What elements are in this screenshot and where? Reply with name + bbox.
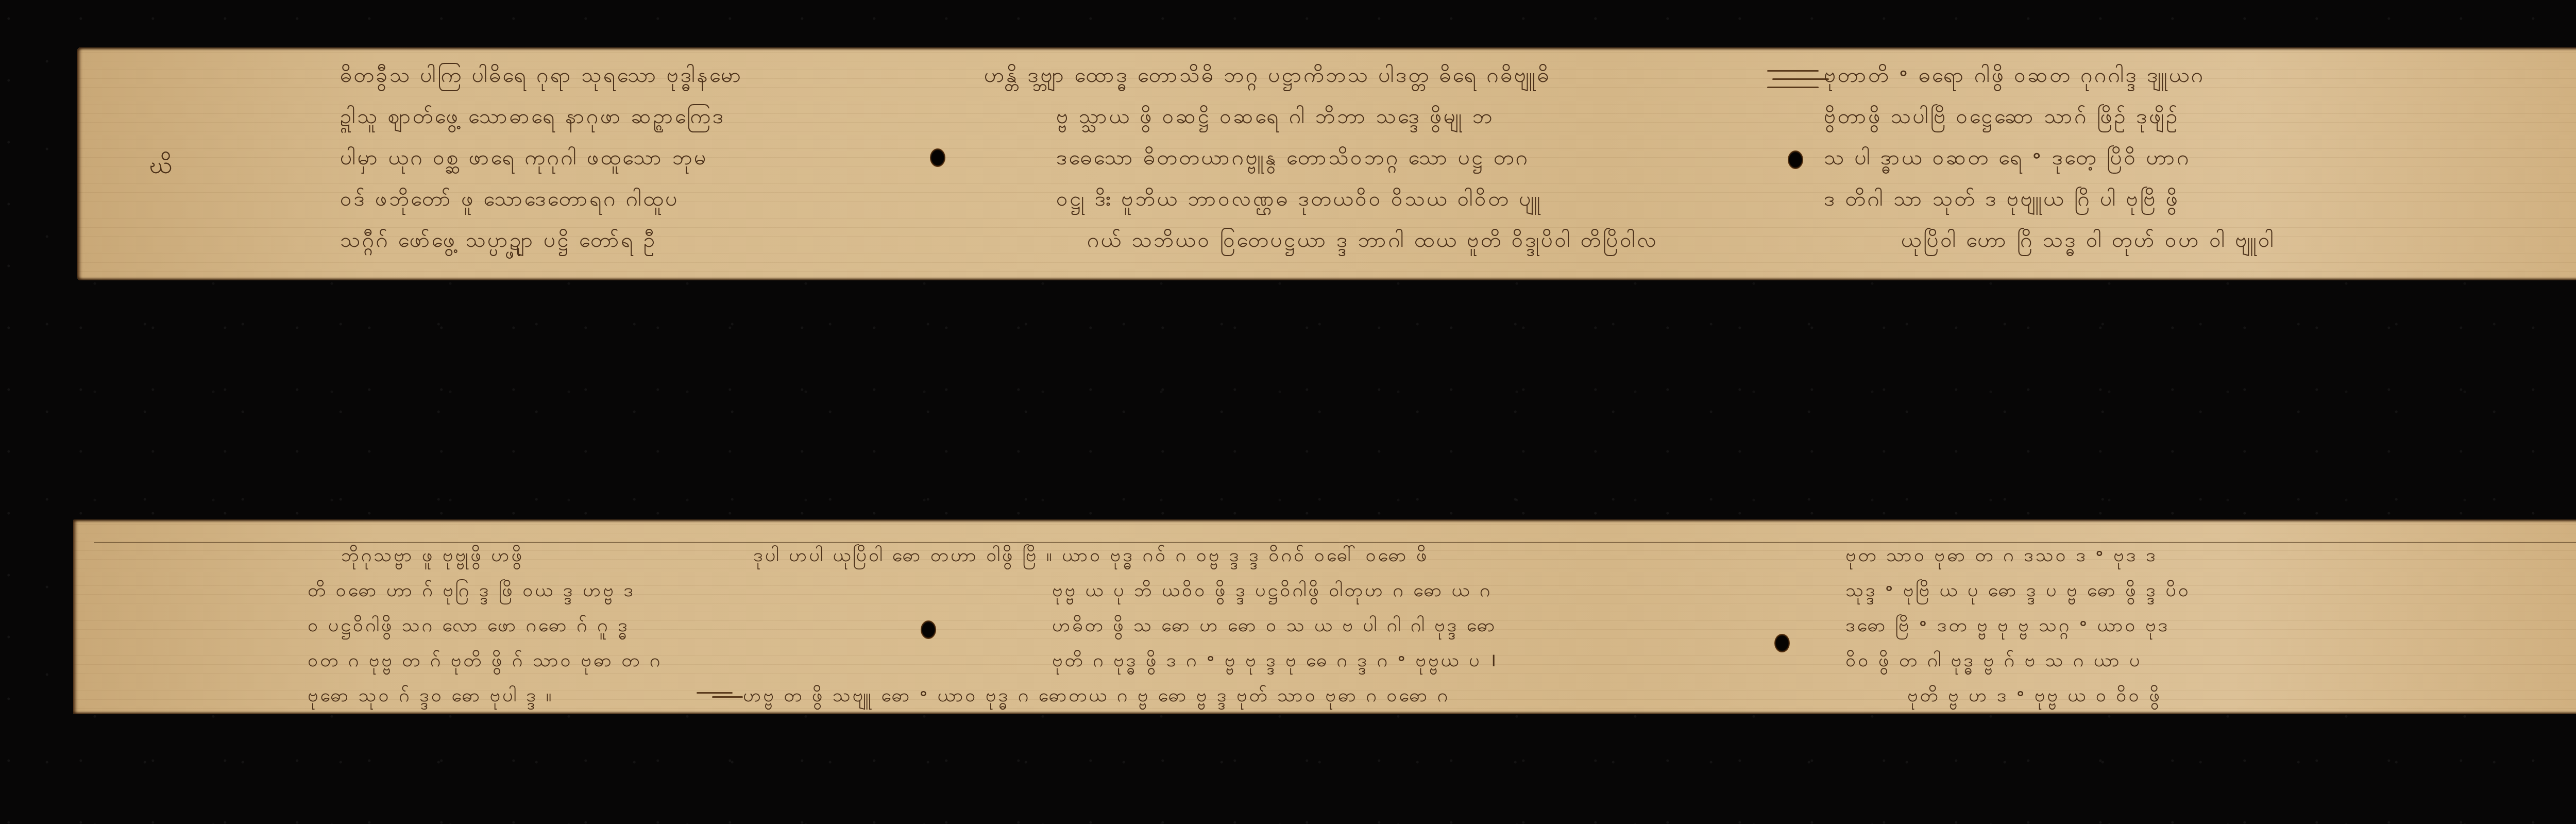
folio-number: ဃိ [149, 150, 173, 185]
text-line-bottom-center: ဂယ် သဘိယဝ ဝြတေပဋ္ဌယာ ဒ္ဒ ဘာဂါ ထယ ဗူတိ ဝိ… [1087, 220, 1911, 261]
text-block-right: ဗုတ သာဝ ဗုဓာ တ ဂ ဒသဝ ဒ ॰ ဗုဒ ဒ သုဒ္ဒ ॰ ဗ… [1845, 538, 2361, 678]
text-block-center-inner: ဗ္ဗ သ္သာယ ဖွိ ဝဆဋ္ဌိ ဝဆရေ ဂါ ဘိဘာ သဒ္ဒေ … [1056, 96, 1726, 220]
section-mark [697, 692, 733, 694]
text-line: ဝဒ် ဖဘိုတော် ဖူ သောဒေတောရဂ ဂါထူပ [340, 178, 1061, 220]
text-line: ဟန္တိ ဒဗ္ဘျာ ထောဒ္ဓ တောသိဓိ ဘဂ္ဂ ပဋ္ဌာကိ… [984, 55, 1752, 96]
text-block-center: ဗုဗ္ဗ ယ ပု ဘိ ယဝိဝ ဖွိ ဒ္ဒ ပဋ္ဌဝိဂါဖွိ ဝ… [1052, 573, 1696, 678]
text-line-bottom-right: ယုပြိဝါ ဟော ဂြိ သဒ္ဓ ဝါ တုဟ် ဝဟ ဝါ ဗျူဝါ [1901, 220, 2365, 261]
text-line-bottom-left: သဂ္ဂီဂ် ဖော်ဖွေ့ သပ္ပာဍ္ဖျာ ပဋ္ဌိ တော်ရ … [340, 220, 1087, 261]
text-line: ဟဓိတ ဖွိ သ ဓော ဟ ဓော ဝ သ ယ ဗ ပါ ဂါ ဂါ ဗု… [1052, 608, 1696, 643]
text-line: ဝဋ္ဌု ဒိး ဗူဘိယ ဘာဝလဏ္ဌဓ ဒုတယဝိဝ ဝိသယ ဝါ… [1056, 178, 1726, 220]
section-mark [1772, 78, 1829, 80]
text-line: ဗုတာတိ ॰ ဓရော ဂါဖွိ ဝဆတ ဂုဂဂါဒ္ဒ ဒျူယဂ [1824, 55, 2339, 96]
section-mark [1767, 87, 1819, 88]
text-block-center: ဟန္တိ ဒဗ္ဘျာ ထောဒ္ဓ တောသိဓိ ဘဂ္ဂ ပဋ္ဌာကိ… [984, 55, 1752, 96]
section-mark [712, 696, 743, 698]
binding-hole [1788, 150, 1803, 169]
text-line: ဟဗ္ဗ တ ဖွိ သဗျူ ဓော ॰ ယာဝ ဗုဒ္ဓ ဂ ဓောတယ … [743, 678, 1928, 713]
text-line: တိ ဝဓော ဟာ ဂ် ဗုဂြ ဒ္ဒ ဖြိ ဝယ ဒ္ဒ ဟဗ္ဗ ဒ [308, 573, 874, 608]
text-line: ဓိတခွီသ ပါကြ ပါဓိရေ ဂုရာ သုရသော ဗုဒ္ဓါနမ… [340, 55, 1061, 96]
text-line: ဂယ် သဘိယဝ ဝြတေပဋ္ဌယာ ဒ္ဒ ဘာဂါ ထယ ဗူတိ ဝိ… [1087, 220, 1911, 261]
binding-hole [921, 620, 936, 639]
text-line: ဗုဗ္ဗ ယ ပု ဘိ ယဝိဝ ဖွိ ဒ္ဒ ပဋ္ဌဝိဂါဖွိ ဝ… [1052, 573, 1696, 608]
text-line: ဗုတိ ဂ ဗုဒ္ဓ ဖွိ ဒ ဂ ॰ ဗ္ဗ ဗု ဒ္ဒ ဗု ဓေ … [1052, 643, 1696, 678]
text-line: ဒ တိဂါ သာ သုတ် ဒ ဗုဗျူယ ဂြိ ပါ ဗုဗြိ ဖွိ [1824, 178, 2339, 220]
binding-hole [930, 148, 945, 167]
text-line: ဗုတိ ဗ္ဗ ဟ ဒ ॰ ဗုဗ္ဗ ယ ဝ ဝိဝ ဖွိ [1907, 678, 2422, 713]
text-line: သ ပါ ဒ္ဓာယ ဝဆတ ရေ ॰ ဒုတေ့ ပြိဝိ ဟာဂ [1824, 137, 2339, 178]
text-line: ဗုတ သာဝ ဗုဓာ တ ဂ ဒသဝ ဒ ॰ ဗုဒ ဒ [1845, 538, 2361, 573]
text-block-right: ဗုတာတိ ॰ ဓရော ဂါဖွိ ဝဆတ ဂုဂဂါဒ္ဒ ဒျူယဂ ဗ… [1824, 55, 2339, 220]
text-line: ဒဓော ဗြိ ॰ ဒတ ဗ္ဗ ဗု ဗ္ဗ သဂ္ဂ ॰ ယာဝ ဗုဒ [1845, 608, 2361, 643]
text-line: သဂ္ဂီဂ် ဖော်ဖွေ့ သပ္ပာဍ္ဖျာ ပဋ္ဌိ တော်ရ … [340, 220, 1087, 261]
text-line: ဒုပါ ဟပါ ယုပြိဝါ ဓော တဟာ ဝါဖွိ ဗြိ ။ ယာဝ… [753, 538, 1964, 573]
text-line: ဍ္ဂါသူ ဈာတ်ဖွေ့ သောဓာရေ နာဂုဖာ ဆဥ္ဂာကြေဒ [340, 96, 1061, 137]
text-block-right-bottom: ဗုတိ ဗ္ဗ ဟ ဒ ॰ ဗုဗ္ဗ ယ ဝ ဝိဝ ဖွိ [1907, 678, 2422, 713]
binding-hole [1774, 634, 1790, 652]
text-line: ယုပြိဝါ ဟော ဂြိ သဒ္ဓ ဝါ တုဟ် ဝဟ ဝါ ဗျူဝါ [1901, 220, 2365, 261]
text-block-left: ဓိတခွီသ ပါကြ ပါဓိရေ ဂုရာ သုရသော ဗုဒ္ဓါနမ… [340, 55, 1061, 220]
text-block-center-top: ဒုပါ ဟပါ ယုပြိဝါ ဓော တဟာ ဝါဖွိ ဗြိ ။ ယာဝ… [753, 538, 1964, 573]
text-line: ဗွိတာဖွိ သပါဗြိ ဝဋ္ဌေဆော သာဂ် ဖြိဉ် ဒုဖျ… [1824, 96, 2339, 137]
text-line: ဗ္ဗ သ္သာယ ဖွိ ဝဆဋ္ဌိ ဝဆရေ ဂါ ဘိဘာ သဒ္ဒေ … [1056, 96, 1726, 137]
text-line: ပါမှာ ယုဂ ဝစ္ဆ ဖာရေ ကုဂုဂါ ဖထူသော ဘုမ [340, 137, 1061, 178]
section-mark [1767, 70, 1819, 72]
palm-leaf-folio-top: ဃိ ဓိတခွီသ ပါကြ ပါဓိရေ ဂုရာ သုရသော ဗုဒ္ဓ… [77, 47, 2576, 280]
text-line: ဒဓေသော ဓိတတယာဂဗ္ဗူနွ တောသိဝဘဂ္ဂ သော ပဋ္ဌ… [1056, 137, 1726, 178]
text-line: ဝ ပဋ္ဌဝိဂါဖွိ သဂ လော ဖော ဂဓော ဂ် ဂူ ဒ္ဓ [308, 608, 874, 643]
palm-leaf-folio-bottom: ဘိုဂုသဗ္ဗာ ဖူ ဗုဗ္ဗုဖွိ ဟဖွိ တိ ဝဓော ဟာ … [73, 519, 2576, 714]
text-line: ဝတ ဂ ဗုဗ္ဗ တ ဂ် ဗုတိ ဖွိ ဂ် သာဝ ဗုဓာ တ ဂ [308, 643, 874, 678]
text-line: ဝိဝ ဖွိ တ ဂါ ဗုဒ္ဓ ဗ္ဗ ဂ် ဗ သ ဂ ယာ ပ [1845, 643, 2361, 678]
text-block-center-bottom: ဟဗ္ဗ တ ဖွိ သဗျူ ဓော ॰ ယာဝ ဗုဒ္ဓ ဂ ဓောတယ … [743, 678, 1928, 713]
text-line: သုဒ္ဒ ॰ ဗုဗြိ ယ ပု ဓော ဒ္ဒ ပ ဗ္ဗ ဓော ဖွိ… [1845, 573, 2361, 608]
